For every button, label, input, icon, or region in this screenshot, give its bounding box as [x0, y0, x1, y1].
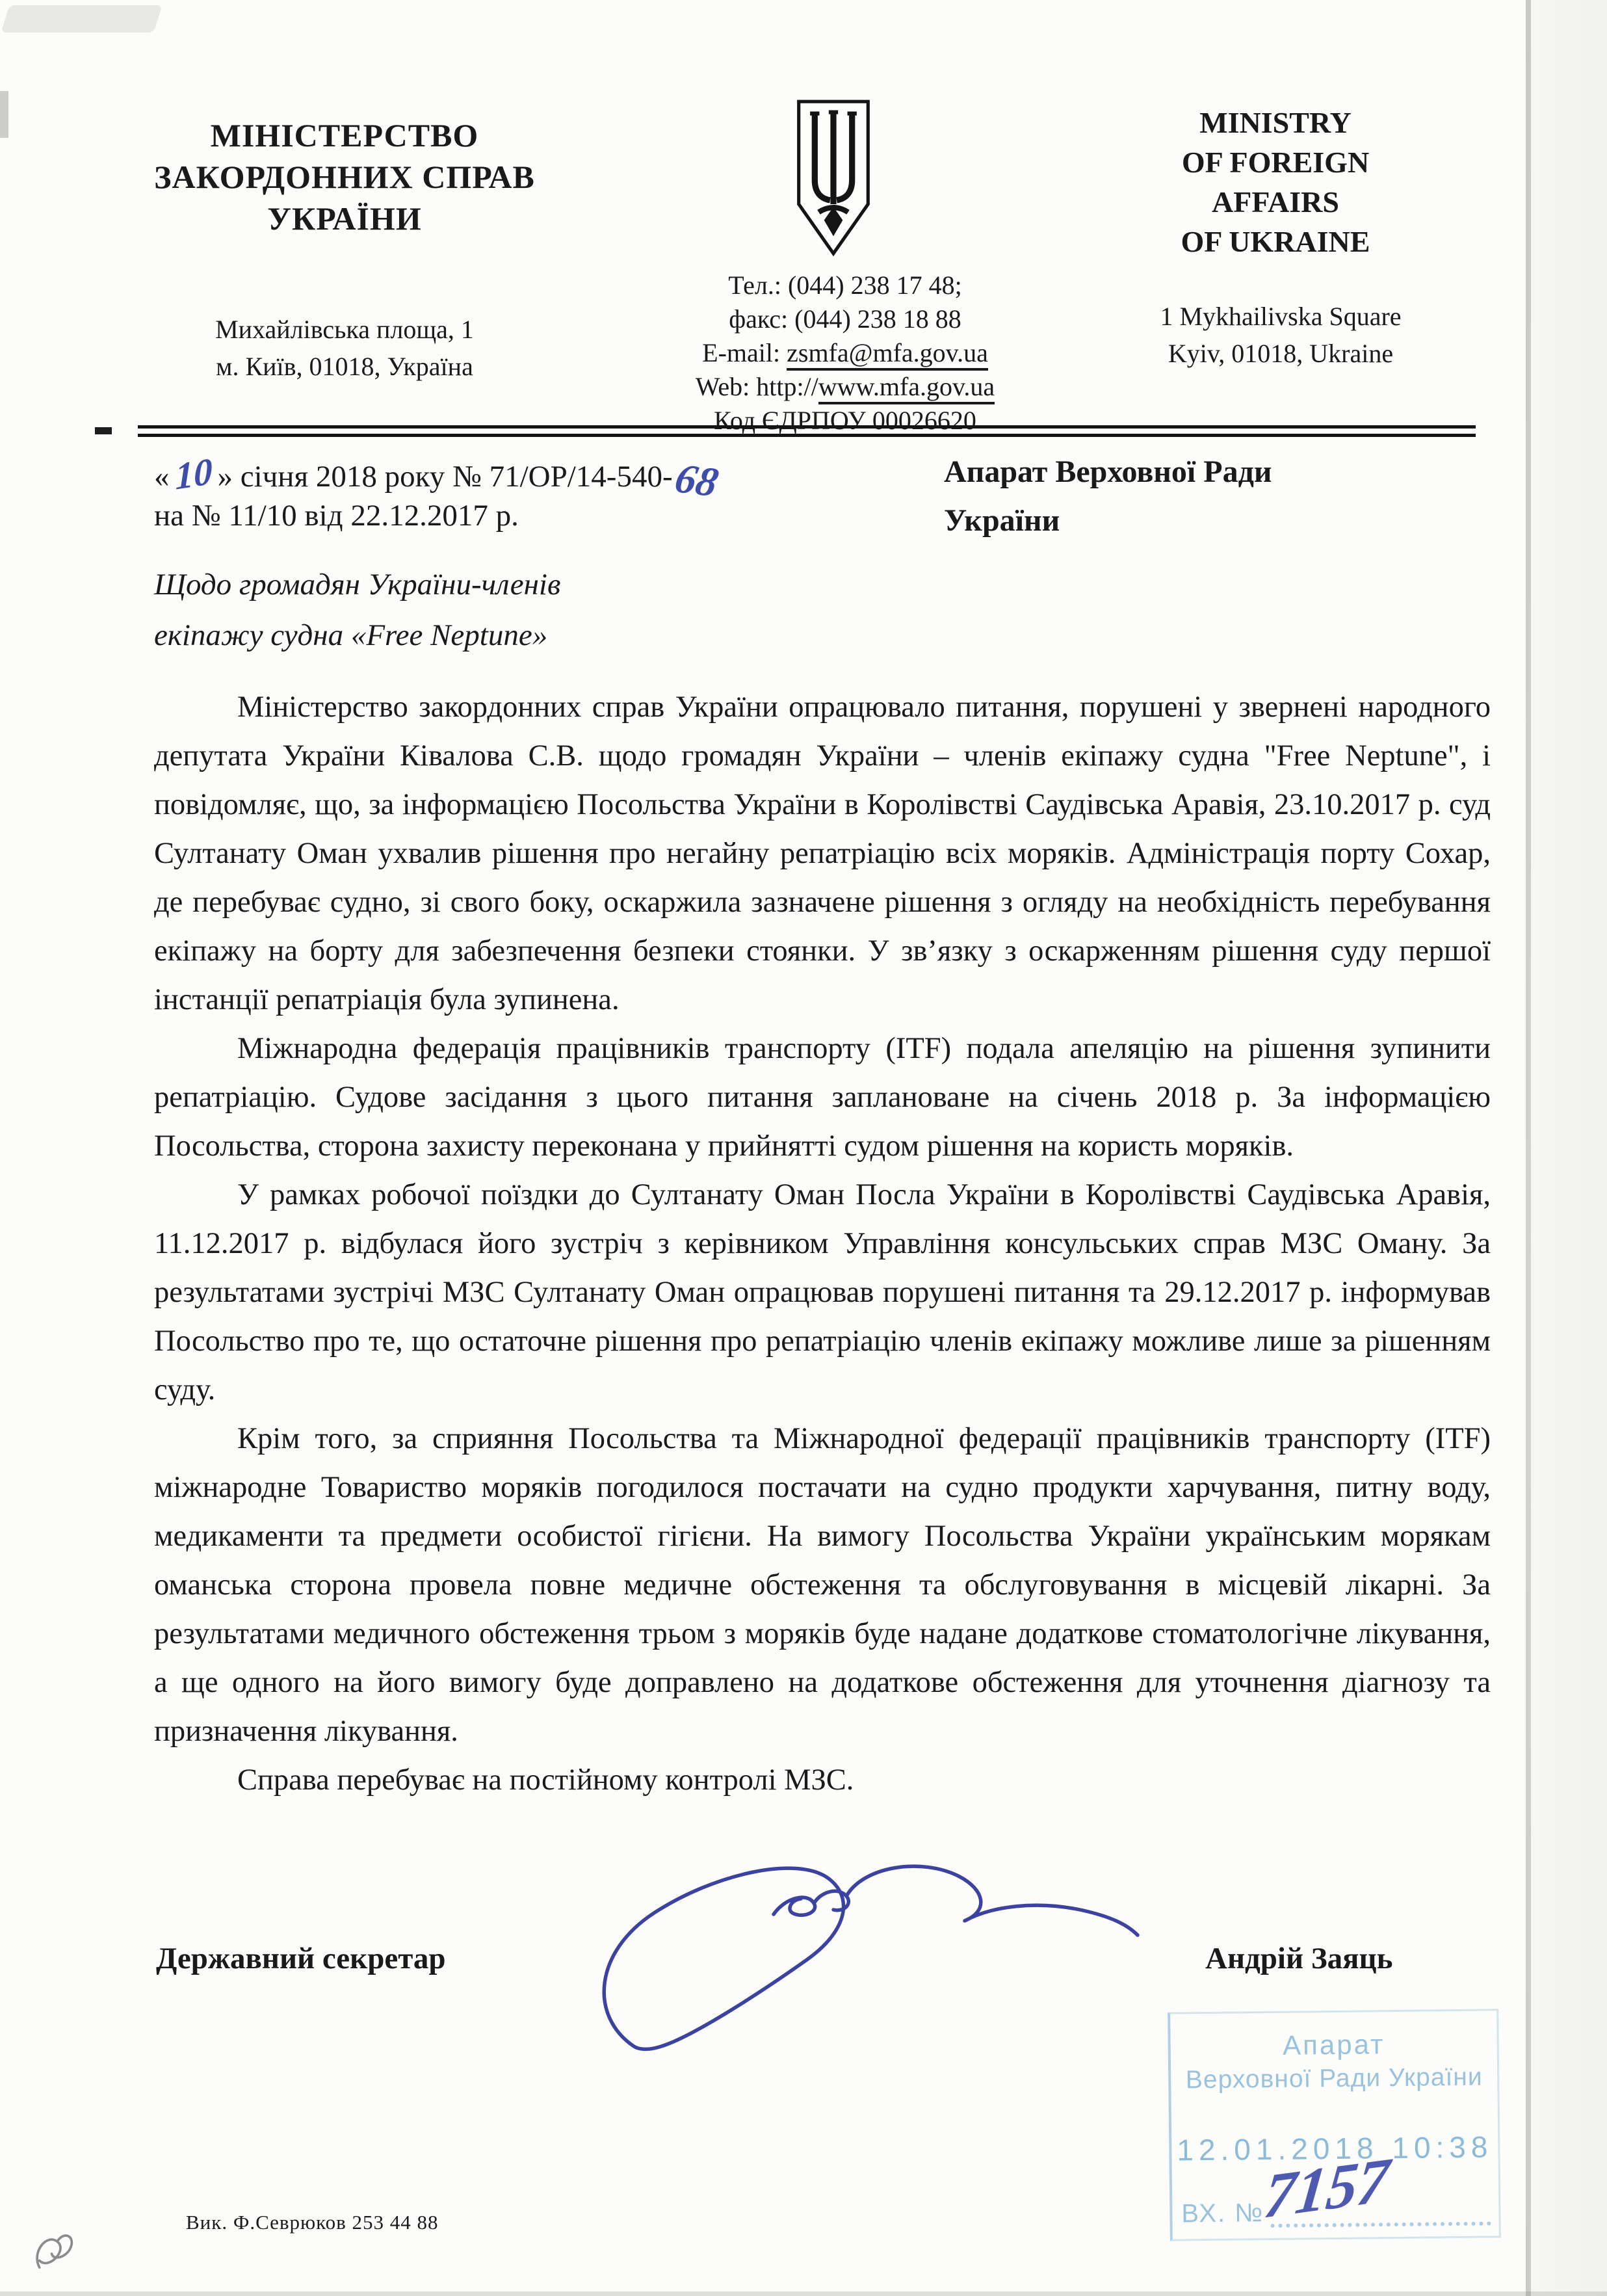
pen-doodle-icon [30, 2225, 85, 2280]
recipient-block: Апарат Верховної Ради України [944, 447, 1477, 545]
header-divider-rule [138, 425, 1476, 437]
signer-title: Державний секретар [156, 1941, 446, 1976]
email-label: E-mail: [702, 338, 787, 367]
stamp-org-line: Апарат [1170, 2027, 1496, 2062]
recipient-line: Апарат Верховної Ради [944, 447, 1477, 496]
body-paragraph: Міністерство закордонних справ України о… [154, 683, 1491, 1024]
org-name-ua-line: УКРАЇНИ [109, 198, 580, 239]
org-name-ua-line: ЗАКОРДОННИХ СПРАВ [109, 156, 580, 198]
org-name-ua: МІНІСТЕРСТВО ЗАКОРДОННИХ СПРАВ УКРАЇНИ [109, 114, 580, 239]
subject-line: екіпажу судна «Free Neptune» [154, 610, 560, 661]
scan-edge-mark [0, 91, 8, 138]
web-line: Web: http://www.mfa.gov.ua [623, 370, 1067, 404]
executor-line: Вик. Ф.Севрюков 253 44 88 [186, 2211, 439, 2234]
address-en: 1 Mykhailivska Square Kyiv, 01018, Ukrai… [1078, 298, 1483, 372]
body-paragraph: Справа перебуває на постійному контролі … [154, 1756, 1491, 1804]
recipient-line: України [944, 496, 1477, 545]
org-name-en-line: OF FOREIGN [1061, 142, 1490, 182]
reference-number-text: » січня 2018 року № 71/ОР/14-540- [218, 460, 673, 494]
scan-edge-band [1531, 0, 1607, 2296]
contact-block: Тел.: (044) 238 17 48; факс: (044) 238 1… [623, 269, 1067, 438]
stamp-org-line: Верховної Ради України [1171, 2063, 1497, 2094]
scan-paper-edge-line [1526, 0, 1531, 2296]
org-name-en-line: OF UKRAINE [1061, 222, 1490, 261]
header-divider-stub [95, 427, 112, 434]
scan-smudge [1, 5, 163, 33]
address-en-line: Kyiv, 01018, Ukraine [1078, 335, 1483, 372]
reference-date-line: «10» січня 2018 року № 71/ОР/14-540-68 [154, 449, 718, 497]
body-paragraph: Крім того, за сприяння Посольства та Між… [154, 1414, 1491, 1756]
address-en-line: 1 Mykhailivska Square [1078, 298, 1483, 335]
date-open-quote: « [154, 460, 170, 494]
handwritten-inbox-number: 7157 [1261, 2148, 1392, 2228]
handwritten-day: 10 [174, 449, 212, 499]
subject-line: Щодо громадян України-членів [154, 559, 560, 610]
address-ua-line: Михайлівська площа, 1 [155, 311, 534, 348]
body-paragraph: Міжнародна федерація працівників транспо… [154, 1024, 1491, 1170]
reference-reply-line: на № 11/10 від 22.12.2017 р. [154, 498, 519, 533]
org-name-en: MINISTRY OF FOREIGN AFFAIRS OF UKRAINE [1061, 103, 1490, 261]
web-label: Web: http:// [696, 372, 818, 401]
address-ua: Михайлівська площа, 1 м. Київ, 01018, Ук… [155, 311, 534, 385]
scan-bottom-shadow [0, 2291, 1607, 2296]
incoming-registration-stamp: Апарат Верховної Ради України 12.01.2018… [1168, 2009, 1501, 2241]
signature-stroke-icon [571, 1848, 1156, 2063]
trident-emblem-icon [788, 98, 879, 257]
scanned-letter-page: МІНІСТЕРСТВО ЗАКОРДОННИХ СПРАВ УКРАЇНИ M… [0, 0, 1607, 2296]
stamp-inbox-label: ВХ. № [1181, 2198, 1264, 2228]
body-paragraph: У рамках робочої поїздки до Султанату Ом… [154, 1170, 1491, 1414]
address-ua-line: м. Київ, 01018, Україна [155, 348, 534, 385]
org-name-ua-line: МІНІСТЕРСТВО [109, 114, 580, 156]
email-address: zsmfa@mfa.gov.ua [787, 338, 988, 371]
signer-name: Андрій Заяць [1205, 1941, 1393, 1976]
org-name-en-line: AFFAIRS [1061, 182, 1490, 222]
handwritten-number-suffix: 68 [670, 455, 722, 507]
org-name-en-line: MINISTRY [1061, 103, 1490, 142]
letter-body: Міністерство закордонних справ України о… [154, 683, 1491, 1804]
web-address: www.mfa.gov.ua [818, 372, 995, 404]
fax-line: факс: (044) 238 18 88 [623, 302, 1067, 336]
subject-block: Щодо громадян України-членів екіпажу суд… [154, 559, 560, 661]
email-line: E-mail: zsmfa@mfa.gov.ua [623, 336, 1067, 370]
phone-line: Тел.: (044) 238 17 48; [623, 269, 1067, 302]
